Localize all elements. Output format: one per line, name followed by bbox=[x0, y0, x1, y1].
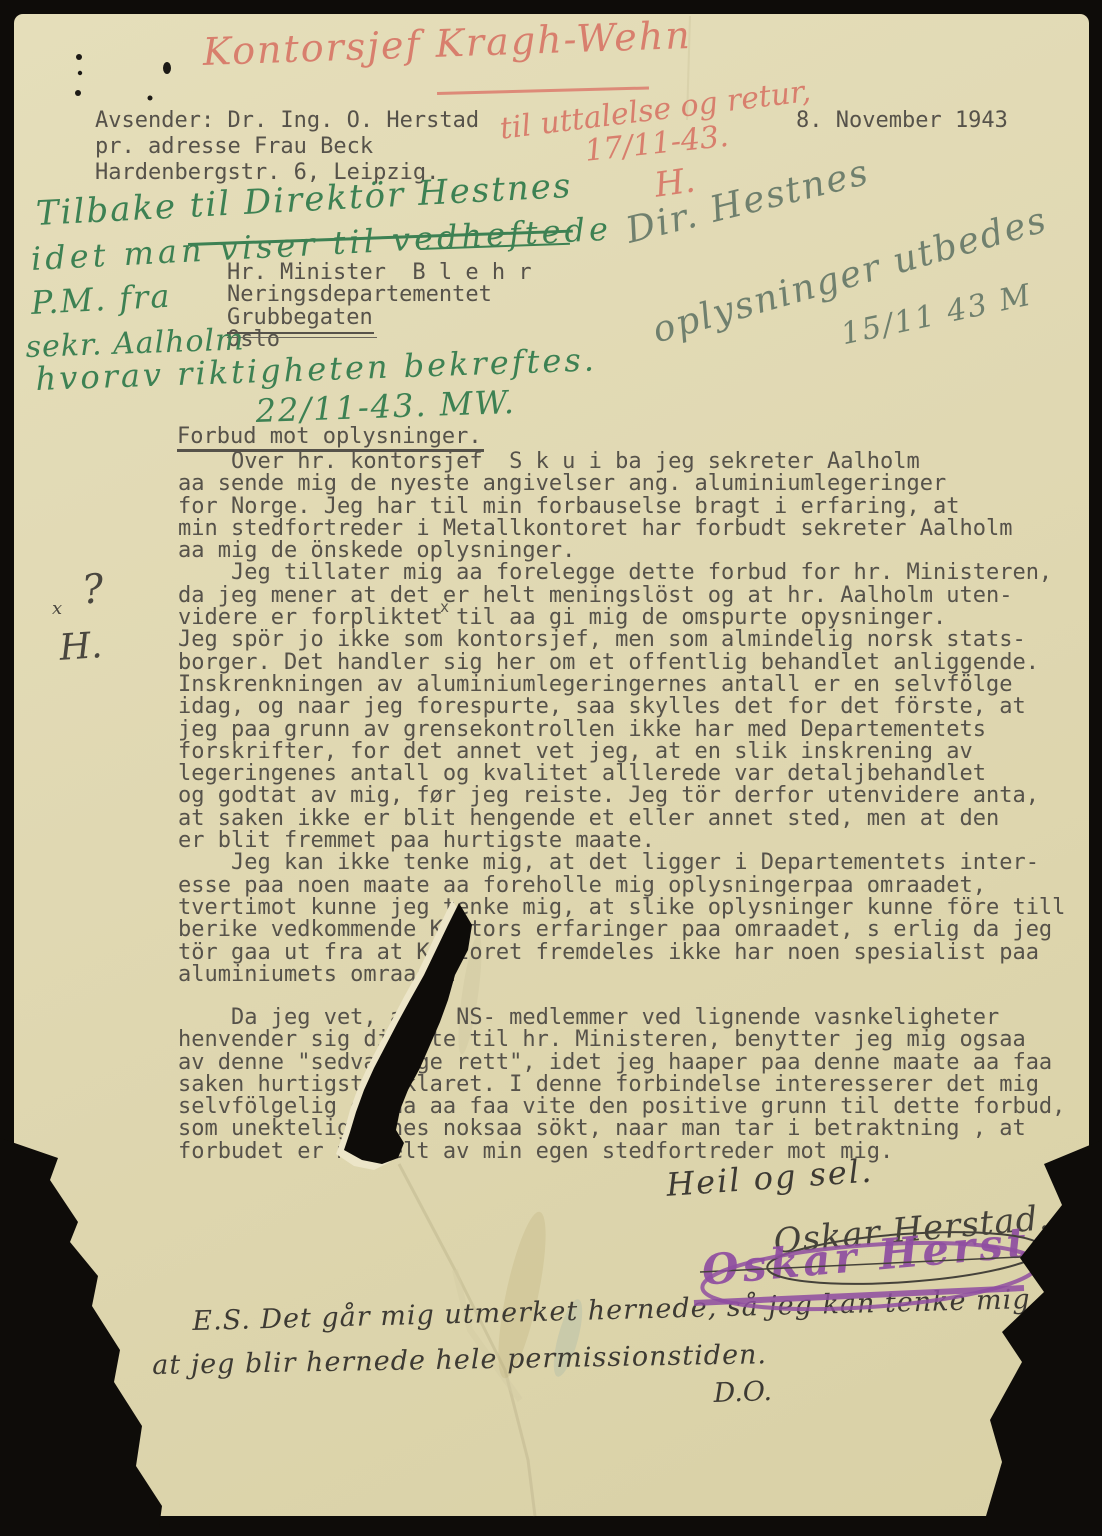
document-scan: Avsender: Dr. Ing. O. Herstadpr. adresse… bbox=[0, 0, 1102, 1536]
letter-body-paragraph-1: Over hr. kontorsjef S k u i ba jeg sekre… bbox=[178, 451, 1065, 986]
underline-grubbegaten bbox=[227, 332, 374, 334]
letter-date: 8. November 1943 bbox=[796, 108, 1008, 133]
letter-body-paragraph-2: Da jeg vet, at NS- medlemmer ved lignend… bbox=[178, 1007, 1065, 1163]
margin-mark-initial: H. bbox=[58, 625, 104, 669]
green-note-line-3: P.M. fra bbox=[30, 277, 172, 322]
underline-grubbegaten-2 bbox=[227, 337, 377, 338]
margin-mark-cross: x bbox=[52, 598, 62, 619]
postscript-initials: D.O. bbox=[713, 1376, 772, 1409]
subject-line: Forbud mot oplysninger. bbox=[177, 424, 482, 449]
typed-superscript-x: x bbox=[440, 598, 449, 616]
